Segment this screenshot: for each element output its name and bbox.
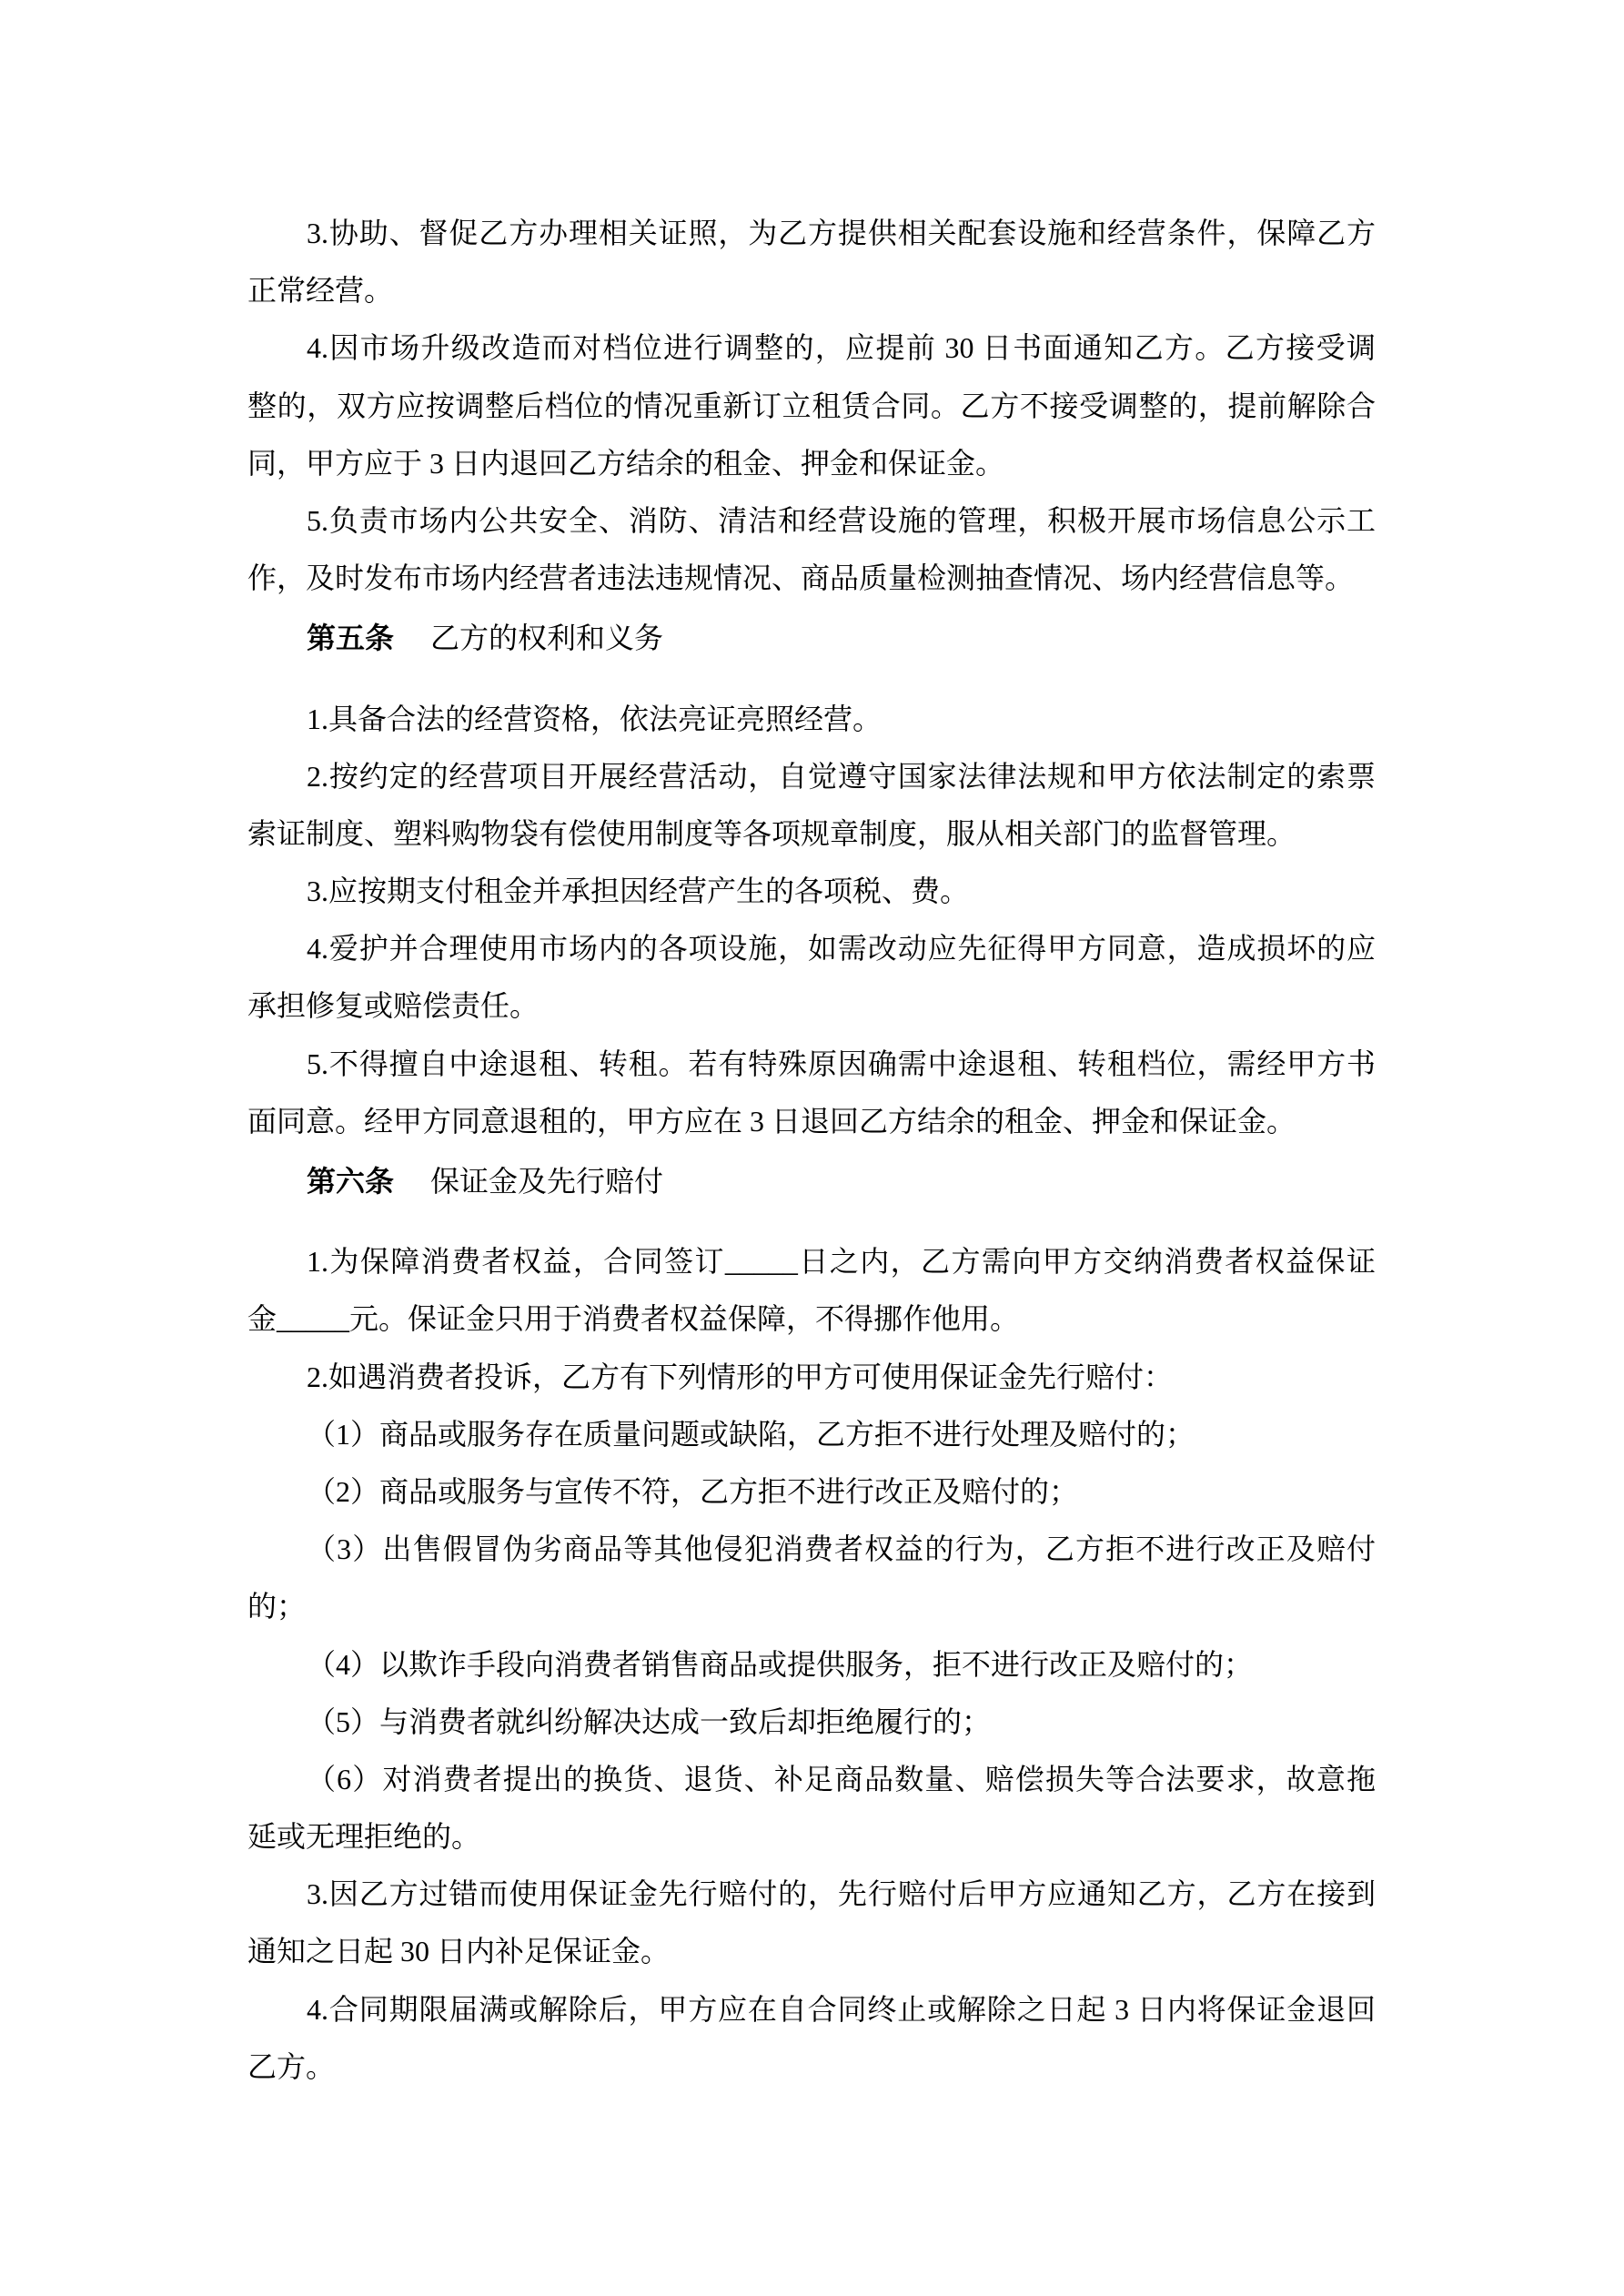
text-line: 的；	[247, 1578, 1376, 1635]
text-line: 整的，双方应按调整后档位的情况重新订立租赁合同。乙方不接受调整的，提前解除合	[247, 378, 1376, 435]
text-line: 4.爱护并合理使用市场内的各项设施，如需改动应先征得甲方同意，造成损坏的应	[247, 920, 1376, 977]
paragraph-item-3: 3.应按期支付租金并承担因经营产生的各项税、费。	[247, 863, 1376, 920]
text-line: 作，及时发布市场内经营者违法违规情况、商品质量检测抽查情况、场内经营信息等。	[247, 550, 1376, 607]
text-line: 2.按约定的经营项目开展经营活动，自觉遵守国家法律法规和甲方依法制定的索票	[247, 748, 1376, 805]
text-line: 5.不得擅自中途退租、转租。若有特殊原因确需中途退租、转租档位，需经甲方书	[247, 1036, 1376, 1093]
paragraph-item-4: 4.合同期限届满或解除后，甲方应在自合同终止或解除之日起 3 日内将保证金退回 …	[247, 1981, 1376, 2096]
paragraph-item-5: 5.负责市场内公共安全、消防、清洁和经营设施的管理，积极开展市场信息公示工 作，…	[247, 492, 1376, 607]
text-line: 面同意。经甲方同意退租的，甲方应在 3 日退回乙方结余的租金、押金和保证金。	[247, 1093, 1376, 1150]
section-heading-6: 第六条保证金及先行赔付	[247, 1153, 1376, 1210]
paragraph-item-5: 5.不得擅自中途退租、转租。若有特殊原因确需中途退租、转租档位，需经甲方书 面同…	[247, 1036, 1376, 1150]
paragraph-item-3: 3.因乙方过错而使用保证金先行赔付的，先行赔付后甲方应通知乙方，乙方在接到 通知…	[247, 1866, 1376, 1980]
article-title: 乙方的权利和义务	[430, 622, 663, 654]
text-line: 同，甲方应于 3 日内退回乙方结余的租金、押金和保证金。	[247, 435, 1376, 492]
text-line: 承担修复或赔偿责任。	[247, 977, 1376, 1035]
text-line: （5）与消费者就纠纷解决达成一致后却拒绝履行的；	[247, 1694, 1376, 1751]
section-heading-5: 第五条乙方的权利和义务	[247, 610, 1376, 667]
document-page: 3.协助、督促乙方办理相关证照，为乙方提供相关配套设施和经营条件，保障乙方 正常…	[247, 205, 1376, 2096]
text-line: 4.因市场升级改造而对档位进行调整的，应提前 30 日书面通知乙方。乙方接受调	[247, 319, 1376, 377]
sub-item-5: （5）与消费者就纠纷解决达成一致后却拒绝履行的；	[247, 1694, 1376, 1751]
text-line: （6）对消费者提出的换货、退货、补足商品数量、赔偿损失等合法要求，故意拖	[247, 1751, 1376, 1808]
text-line: （4）以欺诈手段向消费者销售商品或提供服务，拒不进行改正及赔付的；	[247, 1636, 1376, 1694]
paragraph-item-1: 1.具备合法的经营资格，依法亮证亮照经营。	[247, 691, 1376, 748]
paragraph-item-2: 2.如遇消费者投诉，乙方有下列情形的甲方可使用保证金先行赔付：	[247, 1349, 1376, 1406]
paragraph-item-4: 4.因市场升级改造而对档位进行调整的，应提前 30 日书面通知乙方。乙方接受调 …	[247, 319, 1376, 492]
text-line: 3.应按期支付租金并承担因经营产生的各项税、费。	[247, 863, 1376, 920]
text-line: （3）出售假冒伪劣商品等其他侵犯消费者权益的行为，乙方拒不进行改正及赔付	[247, 1521, 1376, 1578]
text-line: （1）商品或服务存在质量问题或缺陷，乙方拒不进行处理及赔付的；	[247, 1406, 1376, 1463]
sub-item-6: （6）对消费者提出的换货、退货、补足商品数量、赔偿损失等合法要求，故意拖 延或无…	[247, 1751, 1376, 1866]
text-line: 索证制度、塑料购物袋有偿使用制度等各项规章制度，服从相关部门的监督管理。	[247, 805, 1376, 863]
text-line: 3.协助、督促乙方办理相关证照，为乙方提供相关配套设施和经营条件，保障乙方	[247, 205, 1376, 262]
paragraph-item-1: 1.为保障消费者权益，合同签订_____日之内，乙方需向甲方交纳消费者权益保证 …	[247, 1233, 1376, 1348]
text-line: 金_____元。保证金只用于消费者权益保障，不得挪作他用。	[247, 1290, 1376, 1348]
sub-item-1: （1）商品或服务存在质量问题或缺陷，乙方拒不进行处理及赔付的；	[247, 1406, 1376, 1463]
text-line: 正常经营。	[247, 262, 1376, 319]
sub-item-3: （3）出售假冒伪劣商品等其他侵犯消费者权益的行为，乙方拒不进行改正及赔付 的；	[247, 1521, 1376, 1635]
text-line: 3.因乙方过错而使用保证金先行赔付的，先行赔付后甲方应通知乙方，乙方在接到	[247, 1866, 1376, 1923]
sub-item-4: （4）以欺诈手段向消费者销售商品或提供服务，拒不进行改正及赔付的；	[247, 1636, 1376, 1694]
paragraph-item-4: 4.爱护并合理使用市场内的各项设施，如需改动应先征得甲方同意，造成损坏的应 承担…	[247, 920, 1376, 1035]
sub-item-2: （2）商品或服务与宣传不符，乙方拒不进行改正及赔付的；	[247, 1463, 1376, 1521]
text-line: 通知之日起 30 日内补足保证金。	[247, 1923, 1376, 1980]
text-line: 2.如遇消费者投诉，乙方有下列情形的甲方可使用保证金先行赔付：	[247, 1349, 1376, 1406]
article-title: 保证金及先行赔付	[430, 1165, 663, 1198]
text-line: 1.具备合法的经营资格，依法亮证亮照经营。	[247, 691, 1376, 748]
text-line: （2）商品或服务与宣传不符，乙方拒不进行改正及赔付的；	[247, 1463, 1376, 1521]
paragraph-item-3: 3.协助、督促乙方办理相关证照，为乙方提供相关配套设施和经营条件，保障乙方 正常…	[247, 205, 1376, 319]
text-line: 延或无理拒绝的。	[247, 1808, 1376, 1866]
article-number: 第六条	[307, 1164, 394, 1199]
text-line: 乙方。	[247, 2038, 1376, 2096]
article-number: 第五条	[307, 621, 394, 655]
text-line: 5.负责市场内公共安全、消防、清洁和经营设施的管理，积极开展市场信息公示工	[247, 492, 1376, 550]
text-line: 4.合同期限届满或解除后，甲方应在自合同终止或解除之日起 3 日内将保证金退回	[247, 1981, 1376, 2038]
text-line: 1.为保障消费者权益，合同签订_____日之内，乙方需向甲方交纳消费者权益保证	[247, 1233, 1376, 1290]
paragraph-item-2: 2.按约定的经营项目开展经营活动，自觉遵守国家法律法规和甲方依法制定的索票 索证…	[247, 748, 1376, 863]
